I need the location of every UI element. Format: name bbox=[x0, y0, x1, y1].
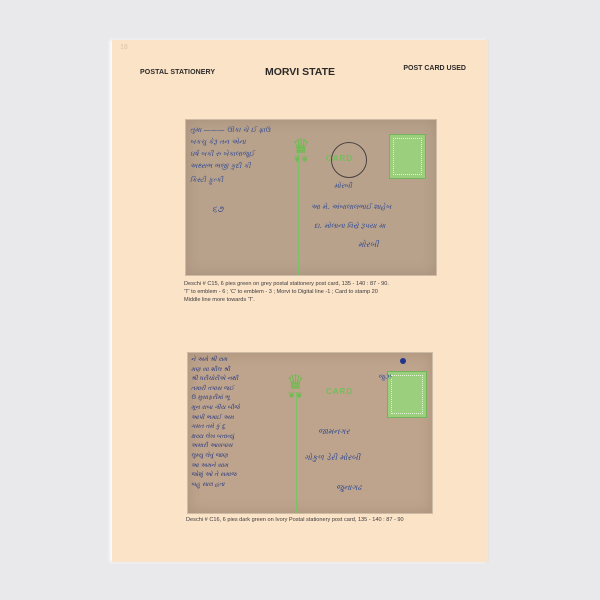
card-1-caption: Deschi # C15, 6 pies green on grey posta… bbox=[184, 280, 454, 304]
address-line: જામનગર bbox=[318, 427, 349, 437]
postcard-2: ♛❦❦ CARD ને અમે શ્રી રામ મણ સા શીલ શ્રી … bbox=[187, 352, 433, 514]
handwriting-line: ઉ મુસાફરીમાં ભૂ bbox=[191, 393, 291, 403]
handwriting-line: લુમ્યુ લેવું જાણ bbox=[191, 451, 291, 461]
address-line: જુનાગઢ bbox=[336, 483, 361, 493]
handwriting-line: કિસ્ટૌ ફુત્કી bbox=[190, 176, 223, 185]
handwriting-line: ને અમે શ્રી રામ bbox=[191, 355, 291, 365]
address-line: મોરબી bbox=[334, 182, 352, 191]
handwriting-line: બકચુ કેરૂ તન એના bbox=[190, 138, 246, 147]
handwriting-line: જોશું ઓ તે સમાજ bbox=[191, 470, 291, 480]
address-line: આ મે. અંબાલાલભાઈ શાહેબ bbox=[311, 203, 391, 212]
handwriting-line: મૂન રાબા ગીય બીજે bbox=[191, 403, 291, 413]
caption-line: Deschi # C16, 6 pies dark green on Ivory… bbox=[186, 516, 456, 524]
ink-dot bbox=[400, 358, 406, 364]
handwriting-line: ક્ષય્ય લેખ બતાવ્યું bbox=[191, 432, 291, 442]
card-2-caption: Deschi # C16, 6 pies dark green on Ivory… bbox=[186, 516, 456, 524]
postmark-icon bbox=[331, 142, 367, 178]
handwriting-line: મણ સા શીલ શ્રી bbox=[191, 365, 291, 375]
address-line: જુઝ bbox=[378, 373, 391, 382]
handwriting-line: ગમત તમે કું દૂ bbox=[191, 422, 291, 432]
album-page: 18 POSTAL STATIONERY MORVI STATE POST CA… bbox=[112, 40, 488, 562]
indicium-stamp bbox=[389, 134, 426, 179]
handwritten-message: ને અમે શ્રી રામ મણ સા શીલ શ્રી શ્રી ધરીચ… bbox=[191, 355, 291, 489]
handwriting-line: અથ્સભ ભજી કુદી કી bbox=[190, 162, 250, 171]
handwriting-line: શ્રી ધરીચોરીએ નથી bbox=[191, 374, 291, 384]
crest-emblem-icon: ♛❦❦ bbox=[276, 137, 326, 164]
handwriting-line: આપી ભમાઈ અમ bbox=[191, 413, 291, 423]
caption-line: Middle line more towards 'T'. bbox=[184, 296, 454, 304]
handwriting-line: ઘર્ષ બકી રુ બેકાલાજૂઈ bbox=[190, 150, 254, 159]
caption-line: 'T' to emblem - 6 ; 'C' to emblem - 3 ; … bbox=[184, 288, 454, 296]
handwriting-line: આ અમને સામ bbox=[191, 461, 291, 471]
handwriting-line: તમારી તપાસ જઈ bbox=[191, 384, 291, 394]
card-divider-line bbox=[296, 393, 297, 513]
page-corner-mark: 18 bbox=[120, 44, 128, 51]
caption-line: Deschi # C15, 6 pies green on grey posta… bbox=[184, 280, 454, 288]
address-line: દા. મોલાના વિસ્રે રૂપયા મા bbox=[314, 222, 385, 231]
card-label: CARD bbox=[326, 387, 353, 396]
handwriting-line: બહુ સારા હતા bbox=[191, 480, 291, 490]
handwriting-line: તુમા ——— ઊકા ચે ઈ ફ્રાઉ bbox=[190, 126, 270, 135]
address-line: મોરબી bbox=[358, 240, 379, 250]
address-line: ગોકુળ ડેરી મોરબી bbox=[304, 453, 360, 463]
indicium-stamp bbox=[387, 371, 427, 418]
handwriting-line: અમારી આસપાસ bbox=[191, 441, 291, 451]
handwriting-line: ૬૭ bbox=[212, 205, 223, 215]
header-subtitle: POST CARD USED bbox=[403, 65, 466, 72]
postcard-1: ♛❦❦ CARD તુમા ——— ઊકા ચે ઈ ફ્રાઉ બકચુ કે… bbox=[185, 119, 437, 276]
